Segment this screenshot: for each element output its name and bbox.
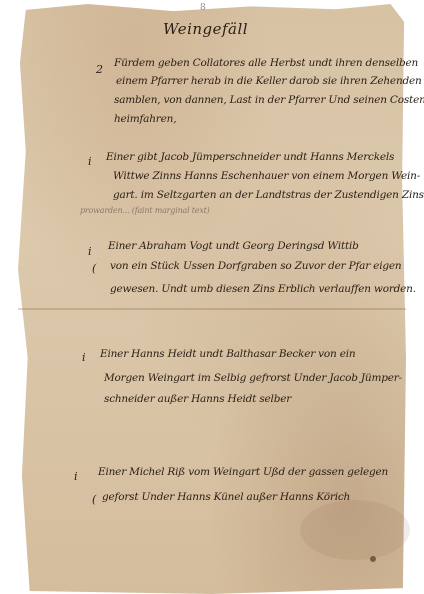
paper-fold-line bbox=[18, 308, 406, 310]
entry-line: Einer Michel Riß vom Weingart Ußd der ga… bbox=[98, 466, 388, 478]
entry-line: Wittwe Zinns Hanns Eschenhauer von einem… bbox=[113, 170, 420, 182]
entry-line: von ein Stück Ussen Dorfgraben so Zuvor … bbox=[110, 260, 401, 272]
entry-marker: i bbox=[82, 351, 86, 364]
entry-line: Einer gibt Jacob Jümperschneider undt Ha… bbox=[106, 151, 394, 163]
entry-line: geforst Under Hanns Künel außer Hanns Kö… bbox=[102, 491, 350, 503]
entry-line: gart. im Seltzgarten an der Landtstras d… bbox=[113, 189, 424, 201]
entry-line: samblen, von dannen, Last in der Pfarrer… bbox=[114, 94, 424, 106]
entry-marker: i bbox=[74, 470, 78, 483]
entry-line: gewesen. Undt umb diesen Zins Erblich ve… bbox=[110, 283, 416, 295]
ink-blot bbox=[370, 556, 376, 562]
entry-marker: 2 bbox=[96, 63, 103, 76]
entry-line: Fürdem geben Collatores alle Herbst undt… bbox=[114, 57, 418, 69]
page-title: Weingefäll bbox=[163, 20, 248, 38]
water-stain bbox=[300, 500, 410, 560]
entry-submarker: ( bbox=[92, 493, 96, 506]
entry-line: Einer Hanns Heidt undt Balthasar Becker … bbox=[100, 348, 355, 360]
entry-marker: i bbox=[88, 245, 92, 258]
entry-line: Morgen Weingart im Selbig gefrorst Under… bbox=[104, 372, 402, 384]
entry-line: Einer Abraham Vogt undt Georg Deringsd W… bbox=[108, 240, 359, 252]
entry-line: heimfahren, bbox=[114, 113, 176, 125]
faded-marginal-line: prowarden... (faint marginal text) bbox=[80, 206, 210, 215]
page-number: 8 bbox=[200, 3, 206, 13]
entry-line: einem Pfarrer herab in die Keller darob … bbox=[116, 75, 422, 87]
entry-submarker: ( bbox=[92, 262, 96, 275]
entry-line: schneider außer Hanns Heidt selber bbox=[104, 393, 291, 405]
entry-marker: i bbox=[88, 155, 92, 168]
